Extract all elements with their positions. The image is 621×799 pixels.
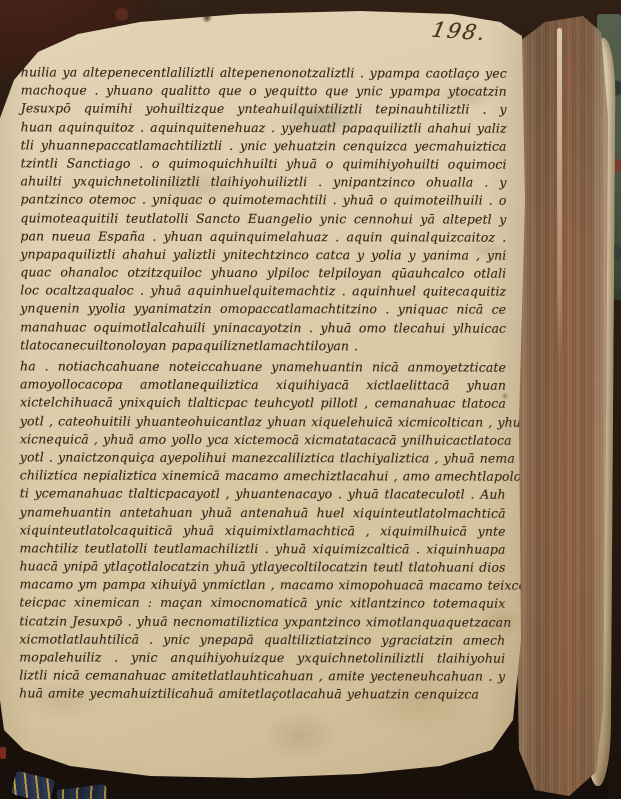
manuscript-line: tlatocanecuiltonoloyan papaquiliznetlama… bbox=[20, 336, 506, 355]
manuscript-line: manahuac oquimotlalcahuili yninacayotzin… bbox=[20, 318, 506, 337]
manuscript-line: ynquenin yyolia yyanimatzin omopaccatlam… bbox=[20, 300, 506, 319]
manuscript-line: xiquinteutlatolcaquiticā yhuā xiquimixtl… bbox=[20, 521, 506, 540]
manuscript-line: ynamehuantin antetahuan yhuā antenahuā h… bbox=[20, 503, 506, 522]
manuscript-line: ticatzin Jesuxpō . yhuā necnomatiliztica… bbox=[19, 612, 505, 631]
manuscript-line: yotl , cateohuitili yhuanteohuicantlaz y… bbox=[20, 412, 506, 431]
folio-number: 198. bbox=[430, 18, 505, 47]
manuscript-line: macamo ym pampa xihuiyā ynmictlan , maca… bbox=[19, 576, 505, 595]
manuscript-line: chiliztica nepializtica xinemicā macamo … bbox=[20, 466, 506, 485]
manuscript-paragraph-2: ha . notiachcahuane noteiccahuane ynameh… bbox=[19, 357, 506, 704]
manuscript-line: huacā ynipā ytlaçotlalocatzin yhuā ytlay… bbox=[20, 557, 506, 576]
manuscript-line: ahuilti yxquichnetoliniliztli tlaihiyohu… bbox=[21, 172, 507, 191]
manuscript-text: huilia ya altepenecentlaliliztli altepen… bbox=[19, 63, 507, 707]
manuscript-line: ynpapaquiliztli ahahui yaliztli ynitecht… bbox=[20, 245, 506, 264]
manuscript-line: xicnequicā , yhuā amo yollo yca xictemoc… bbox=[20, 430, 506, 449]
manuscript-line: huā amite yecmahuiztilicahuā amitetlaçot… bbox=[19, 685, 505, 704]
manuscript-line: pan nueua España . yhuan aquinquimelahua… bbox=[20, 227, 506, 246]
manuscript-line: huan aquinquitoz . aquinquitenehuaz . yy… bbox=[21, 118, 507, 137]
manuscript-line: pantzinco otemoc . yniquac o quimotemach… bbox=[20, 191, 506, 210]
manuscript-line: liztli nicā cemanahuac amitetlatlauhtica… bbox=[19, 667, 505, 686]
manuscript-line: ti ycemanahuac tlalticpacayotl , yhuante… bbox=[20, 485, 506, 504]
manuscript-line: ha . notiachcahuane noteiccahuane ynameh… bbox=[20, 357, 506, 376]
endband-ribbon-2 bbox=[56, 784, 108, 799]
manuscript-line: mopalehuiliz . ynic anquihiyohuizque yxq… bbox=[19, 648, 505, 667]
manuscript-line: huilia ya altepenecentlaliliztli altepen… bbox=[21, 63, 507, 82]
manuscript-line: yotl . ynaictzonquiça ayepolihui manezca… bbox=[20, 448, 506, 467]
book-photo: 198. huilia ya altepenecentlaliliztli al… bbox=[0, 0, 621, 799]
manuscript-line: machtiliz teutlatolli teutlamachiliztli … bbox=[20, 539, 506, 558]
manuscript-line: tzintli Sanctiago . o quimoquichhuilti y… bbox=[21, 154, 507, 173]
manuscript-line: xictelchihuacā ynixquich tlalticpac teuh… bbox=[20, 394, 506, 413]
manuscript-line: xicmotlatlauhtilicā . ynic ynepapā qualt… bbox=[19, 630, 505, 649]
manuscript-line: quac ohanaloc otzitzquiloc yhuano ylpilo… bbox=[20, 263, 506, 282]
manuscript-line: Jesuxpō quimihi yohuiltizque ynteahuilqu… bbox=[21, 100, 507, 119]
manuscript-line: tli yhuannepaccatlamachtiliztli . ynic y… bbox=[21, 136, 507, 155]
manuscript-line: teicpac xinemican : maçan ximocnomaticā … bbox=[19, 594, 505, 613]
endband-ribbon bbox=[11, 771, 56, 799]
fore-edge-highlight bbox=[557, 28, 562, 358]
manuscript-line: amoyollocacopa amotlanequiliztica xiquih… bbox=[20, 376, 506, 395]
manuscript-line: quimoteaquitili teutlatolli Sancto Euang… bbox=[20, 209, 506, 228]
manuscript-line: loc ocaltzaqualoc . yhuā aquinhuelquitem… bbox=[20, 282, 506, 301]
manuscript-line: machoque . yhuano qualitto que o yequitt… bbox=[21, 82, 507, 101]
manuscript-page: 198. huilia ya altepenecentlaliliztli al… bbox=[0, 0, 528, 799]
cover-red-speck bbox=[0, 747, 6, 759]
manuscript-paragraph-1: huilia ya altepenecentlaliliztli altepen… bbox=[20, 63, 507, 355]
text-block-fore-edge bbox=[511, 8, 610, 797]
